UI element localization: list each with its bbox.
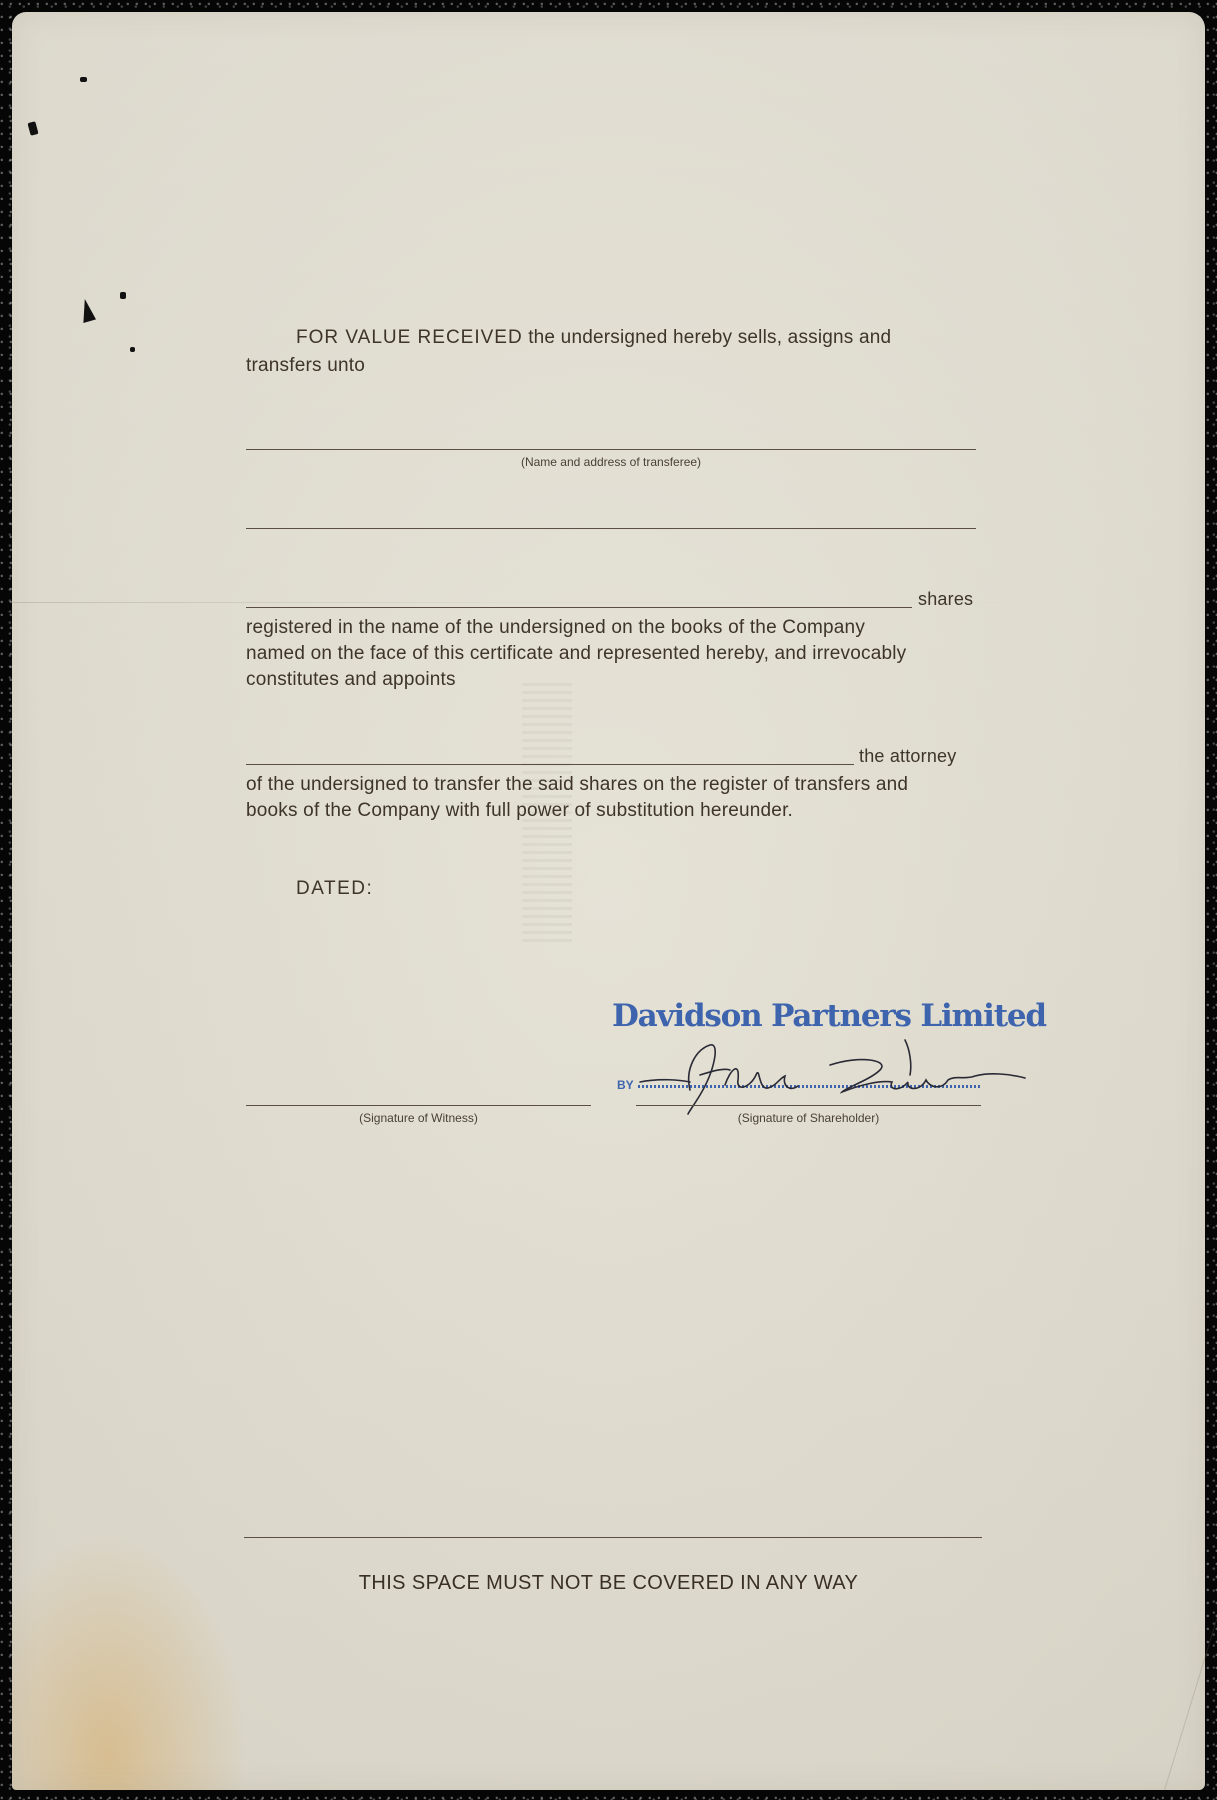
transferee-address-line[interactable]	[246, 528, 976, 529]
transferee-caption: (Name and address of transferee)	[246, 455, 976, 469]
paper-hole-icon	[82, 299, 96, 323]
attorney-label: the attorney	[859, 746, 956, 767]
for-value-received-label: FOR VALUE RECEIVED	[296, 327, 523, 348]
attorney-name-line[interactable]	[246, 764, 854, 765]
shares-clause-line-1: registered in the name of the undersigne…	[246, 617, 865, 639]
attorney-clause-line-2: books of the Company with full power of …	[246, 800, 793, 822]
shares-clause-line-3: constitutes and appoints	[246, 669, 456, 691]
company-stamp: Davidson Partners Limited	[612, 998, 1046, 1034]
paper-crease	[12, 602, 1205, 603]
paper-hole-icon	[130, 347, 135, 352]
shares-quantity-line[interactable]	[246, 607, 912, 608]
transfer-clause-text: the undersigned hereby sells, assigns an…	[528, 327, 891, 348]
shareholder-caption: (Signature of Shareholder)	[636, 1111, 981, 1125]
paper-hole-icon	[120, 292, 126, 299]
witness-caption: (Signature of Witness)	[246, 1111, 591, 1125]
attorney-clause-line-1: of the undersigned to transfer the said …	[246, 774, 908, 796]
paper-hole-icon	[27, 121, 38, 136]
transfer-clause-line-1: FOR VALUE RECEIVED the undersigned hereb…	[296, 327, 891, 349]
transfer-clause-line-2: transfers unto	[246, 355, 365, 377]
handwritten-signature-icon	[630, 1030, 1030, 1120]
certificate-page	[12, 12, 1205, 1790]
do-not-cover-warning: THIS SPACE MUST NOT BE COVERED IN ANY WA…	[0, 1572, 1217, 1595]
shareholder-signature-line[interactable]	[636, 1105, 981, 1106]
dated-label: DATED:	[296, 878, 373, 900]
shares-label: shares	[918, 589, 973, 610]
witness-signature-line[interactable]	[246, 1105, 591, 1106]
covered-space-divider	[244, 1537, 982, 1538]
paper-hole-icon	[80, 77, 87, 82]
shares-clause-line-2: named on the face of this certificate an…	[246, 643, 906, 665]
transferee-name-line[interactable]	[246, 449, 976, 450]
